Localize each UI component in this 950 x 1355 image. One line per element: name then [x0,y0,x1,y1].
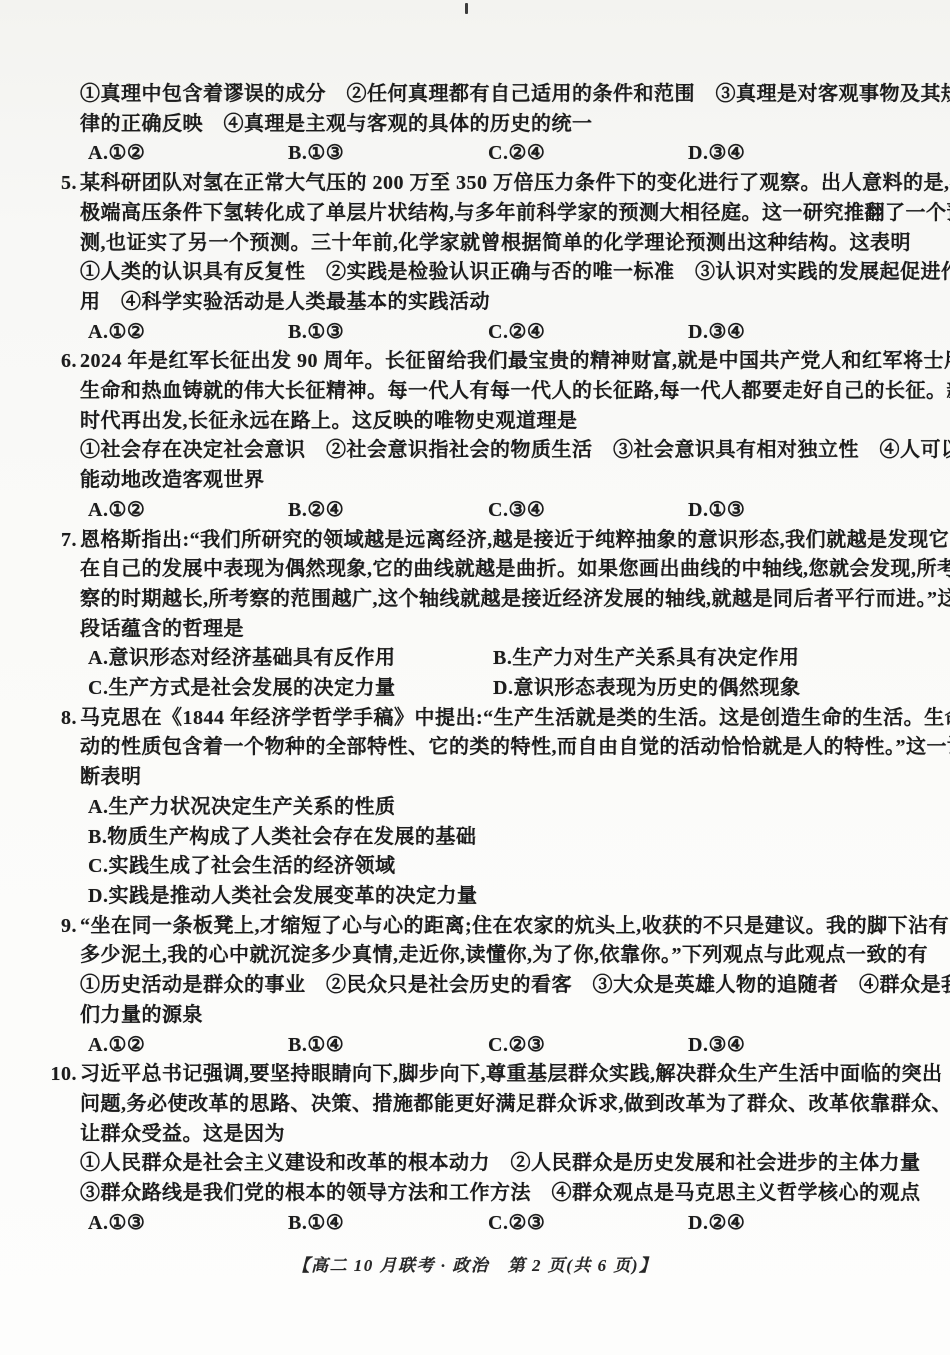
choices-group: A.①②B.①③C.②④D.③④ [80,318,912,348]
exam-paper-page: ①真理中包含着谬误的成分 ②任何真理都有自己适用的条件和范围 ③真理是对客观事物… [0,0,950,1355]
question-9: 9.“坐在同一条板凳上,才缩短了心与心的距离;住在农家的炕头上,收获的不只是建议… [80,912,912,1061]
question-8: 8.马克思在《1844 年经济学哲学手稿》中提出:“生产生活就是类的生活。这是创… [80,704,912,912]
choice-d: D.②④ [688,1209,745,1239]
choice-c: C.②③ [488,1031,688,1061]
question-6: 6.2024 年是红军长征出发 90 周年。长征留给我们最宝贵的精神财富,就是中… [80,347,912,525]
question-stem-line: ③群众路线是我们党的根本的领导方法和工作方法 ④群众观点是马克思主义哲学核心的观… [80,1179,912,1209]
question-stem-line: 多少泥土,我的心中就沉淀多少真情,走近你,读懂你,为了你,依靠你。”下列观点与此… [80,941,912,971]
footer-text: 【高二 10 月联考 · 政治 第 2 页(共 6 页)】 [292,1256,657,1275]
question-stem-line: 恩格斯指出:“我们所研究的领域越是远离经济,越是接近于纯粹抽象的意识形态,我们就… [80,526,912,556]
question-stem-line: 能动地改造客观世界 [80,466,912,496]
question-continuation: ①真理中包含着谬误的成分 ②任何真理都有自己适用的条件和范围 ③真理是对客观事物… [80,80,912,169]
question-stem-line: ①人民群众是社会主义建设和改革的根本动力 ②人民群众是历史发展和社会进步的主体力… [80,1149,912,1179]
questions-area: ①真理中包含着谬误的成分 ②任何真理都有自己适用的条件和范围 ③真理是对客观事物… [80,80,912,1238]
choices-group: A.①②B.②④C.③④D.①③ [80,496,912,526]
question-7: 7.恩格斯指出:“我们所研究的领域越是远离经济,越是接近于纯粹抽象的意识形态,我… [80,526,912,704]
choice-c: C.实践生成了社会生活的经济领域 [88,852,912,882]
choice-b: B.①④ [288,1209,488,1239]
choice-d: D.①③ [688,496,745,526]
choice-a: A.①③ [88,1209,288,1239]
registration-mark [465,3,468,14]
question-10: 10.习近平总书记强调,要坚持眼睛向下,脚步向下,尊重基层群众实践,解决群众生产… [80,1060,912,1238]
choice-a: A.①② [88,139,288,169]
question-number: 8. [61,704,77,734]
question-number: 10. [51,1060,78,1090]
page-footer: 【高二 10 月联考 · 政治 第 2 页(共 6 页)】 [0,1251,950,1276]
choices-group: A.①③B.①④C.②③D.②④ [80,1209,912,1239]
choice-a: A.意识形态对经济基础具有反作用 [88,644,493,674]
choice-b: B.①③ [288,318,488,348]
choice-d: D.③④ [688,139,745,169]
question-5: 5.某科研团队对氢在正常大气压的 200 万至 350 万倍压力条件下的变化进行… [80,169,912,347]
question-stem-line: 生命和热血铸就的伟大长征精神。每一代人有每一代人的长征路,每一代人都要走好自己的… [80,377,912,407]
question-number: 6. [61,347,77,377]
question-stem-line: 让群众受益。这是因为 [80,1120,912,1150]
choice-d: D.③④ [688,1031,745,1061]
question-stem-line: “坐在同一条板凳上,才缩短了心与心的距离;住在农家的炕头上,收获的不只是建议。我… [80,912,912,942]
question-number: 5. [61,169,77,199]
question-stem-line: ①历史活动是群众的事业 ②民众只是社会历史的看客 ③大众是英雄人物的追随者 ④群… [80,971,912,1001]
choices-group: A.生产力状况决定生产关系的性质B.物质生产构成了人类社会存在发展的基础C.实践… [80,793,912,912]
choice-b: B.生产力对生产关系具有决定作用 [493,644,898,674]
question-stem-line: 用 ④科学实验活动是人类最基本的实践活动 [80,288,912,318]
question-stem-line: 动的性质包含着一个物种的全部特性、它的类的特性,而自由自觉的活动恰恰就是人的特性… [80,733,912,763]
choice-b: B.②④ [288,496,488,526]
choice-b: B.①③ [288,139,488,169]
question-stem-line: 察的时期越长,所考察的范围越广,这个轴线就越是接近经济发展的轴线,就越是同后者平… [80,585,912,615]
question-stem-line: ①人类的认识具有反复性 ②实践是检验认识正确与否的唯一标准 ③认识对实践的发展起… [80,258,912,288]
question-stem-line: 极端高压条件下氢转化成了单层片状结构,与多年前科学家的预测大相径庭。这一研究推翻… [80,199,912,229]
question-stem-line: ①社会存在决定社会意识 ②社会意识指社会的物质生活 ③社会意识具有相对独立性 ④… [80,436,912,466]
choices-group: A.①②B.①③C.②④D.③④ [80,139,912,169]
choice-a: A.①② [88,318,288,348]
choice-b: B.①④ [288,1031,488,1061]
choice-d: D.实践是推动人类社会发展变革的决定力量 [88,882,912,912]
question-stem-line: 们力量的源泉 [80,1001,912,1031]
question-stem-line: 问题,务必使改革的思路、决策、措施都能更好满足群众诉求,做到改革为了群众、改革依… [80,1090,912,1120]
choice-b: B.物质生产构成了人类社会存在发展的基础 [88,823,912,853]
question-stem-line: 律的正确反映 ④真理是主观与客观的具体的历史的统一 [80,110,912,140]
question-stem-line: 马克思在《1844 年经济学哲学手稿》中提出:“生产生活就是类的生活。这是创造生… [80,704,912,734]
question-stem-line: 在自己的发展中表现为偶然现象,它的曲线就越是曲折。如果您画出曲线的中轴线,您就会… [80,555,912,585]
choice-d: D.③④ [688,318,745,348]
choices-group: A.①②B.①④C.②③D.③④ [80,1031,912,1061]
choice-c: C.②④ [488,318,688,348]
question-stem-line: 段话蕴含的哲理是 [80,615,912,645]
question-stem-line: 某科研团队对氢在正常大气压的 200 万至 350 万倍压力条件下的变化进行了观… [80,169,912,199]
question-stem-line: 测,也证实了另一个预测。三十年前,化学家就曾根据简单的化学理论预测出这种结构。这… [80,229,912,259]
question-stem-line: 2024 年是红军长征出发 90 周年。长征留给我们最宝贵的精神财富,就是中国共… [80,347,912,377]
choice-a: A.①② [88,496,288,526]
choice-c: C.生产方式是社会发展的决定力量 [88,674,493,704]
question-number: 7. [61,526,77,556]
question-stem-line: ①真理中包含着谬误的成分 ②任何真理都有自己适用的条件和范围 ③真理是对客观事物… [80,80,912,110]
choice-a: A.生产力状况决定生产关系的性质 [88,793,912,823]
choice-a: A.①② [88,1031,288,1061]
choice-d: D.意识形态表现为历史的偶然现象 [493,674,898,704]
question-number: 9. [61,912,77,942]
question-stem-line: 断表明 [80,763,912,793]
choice-c: C.②③ [488,1209,688,1239]
choice-c: C.②④ [488,139,688,169]
question-stem-line: 习近平总书记强调,要坚持眼睛向下,脚步向下,尊重基层群众实践,解决群众生产生活中… [80,1060,912,1090]
choices-group: A.意识形态对经济基础具有反作用B.生产力对生产关系具有决定作用C.生产方式是社… [80,644,912,703]
question-stem-line: 时代再出发,长征永远在路上。这反映的唯物史观道理是 [80,407,912,437]
choice-c: C.③④ [488,496,688,526]
